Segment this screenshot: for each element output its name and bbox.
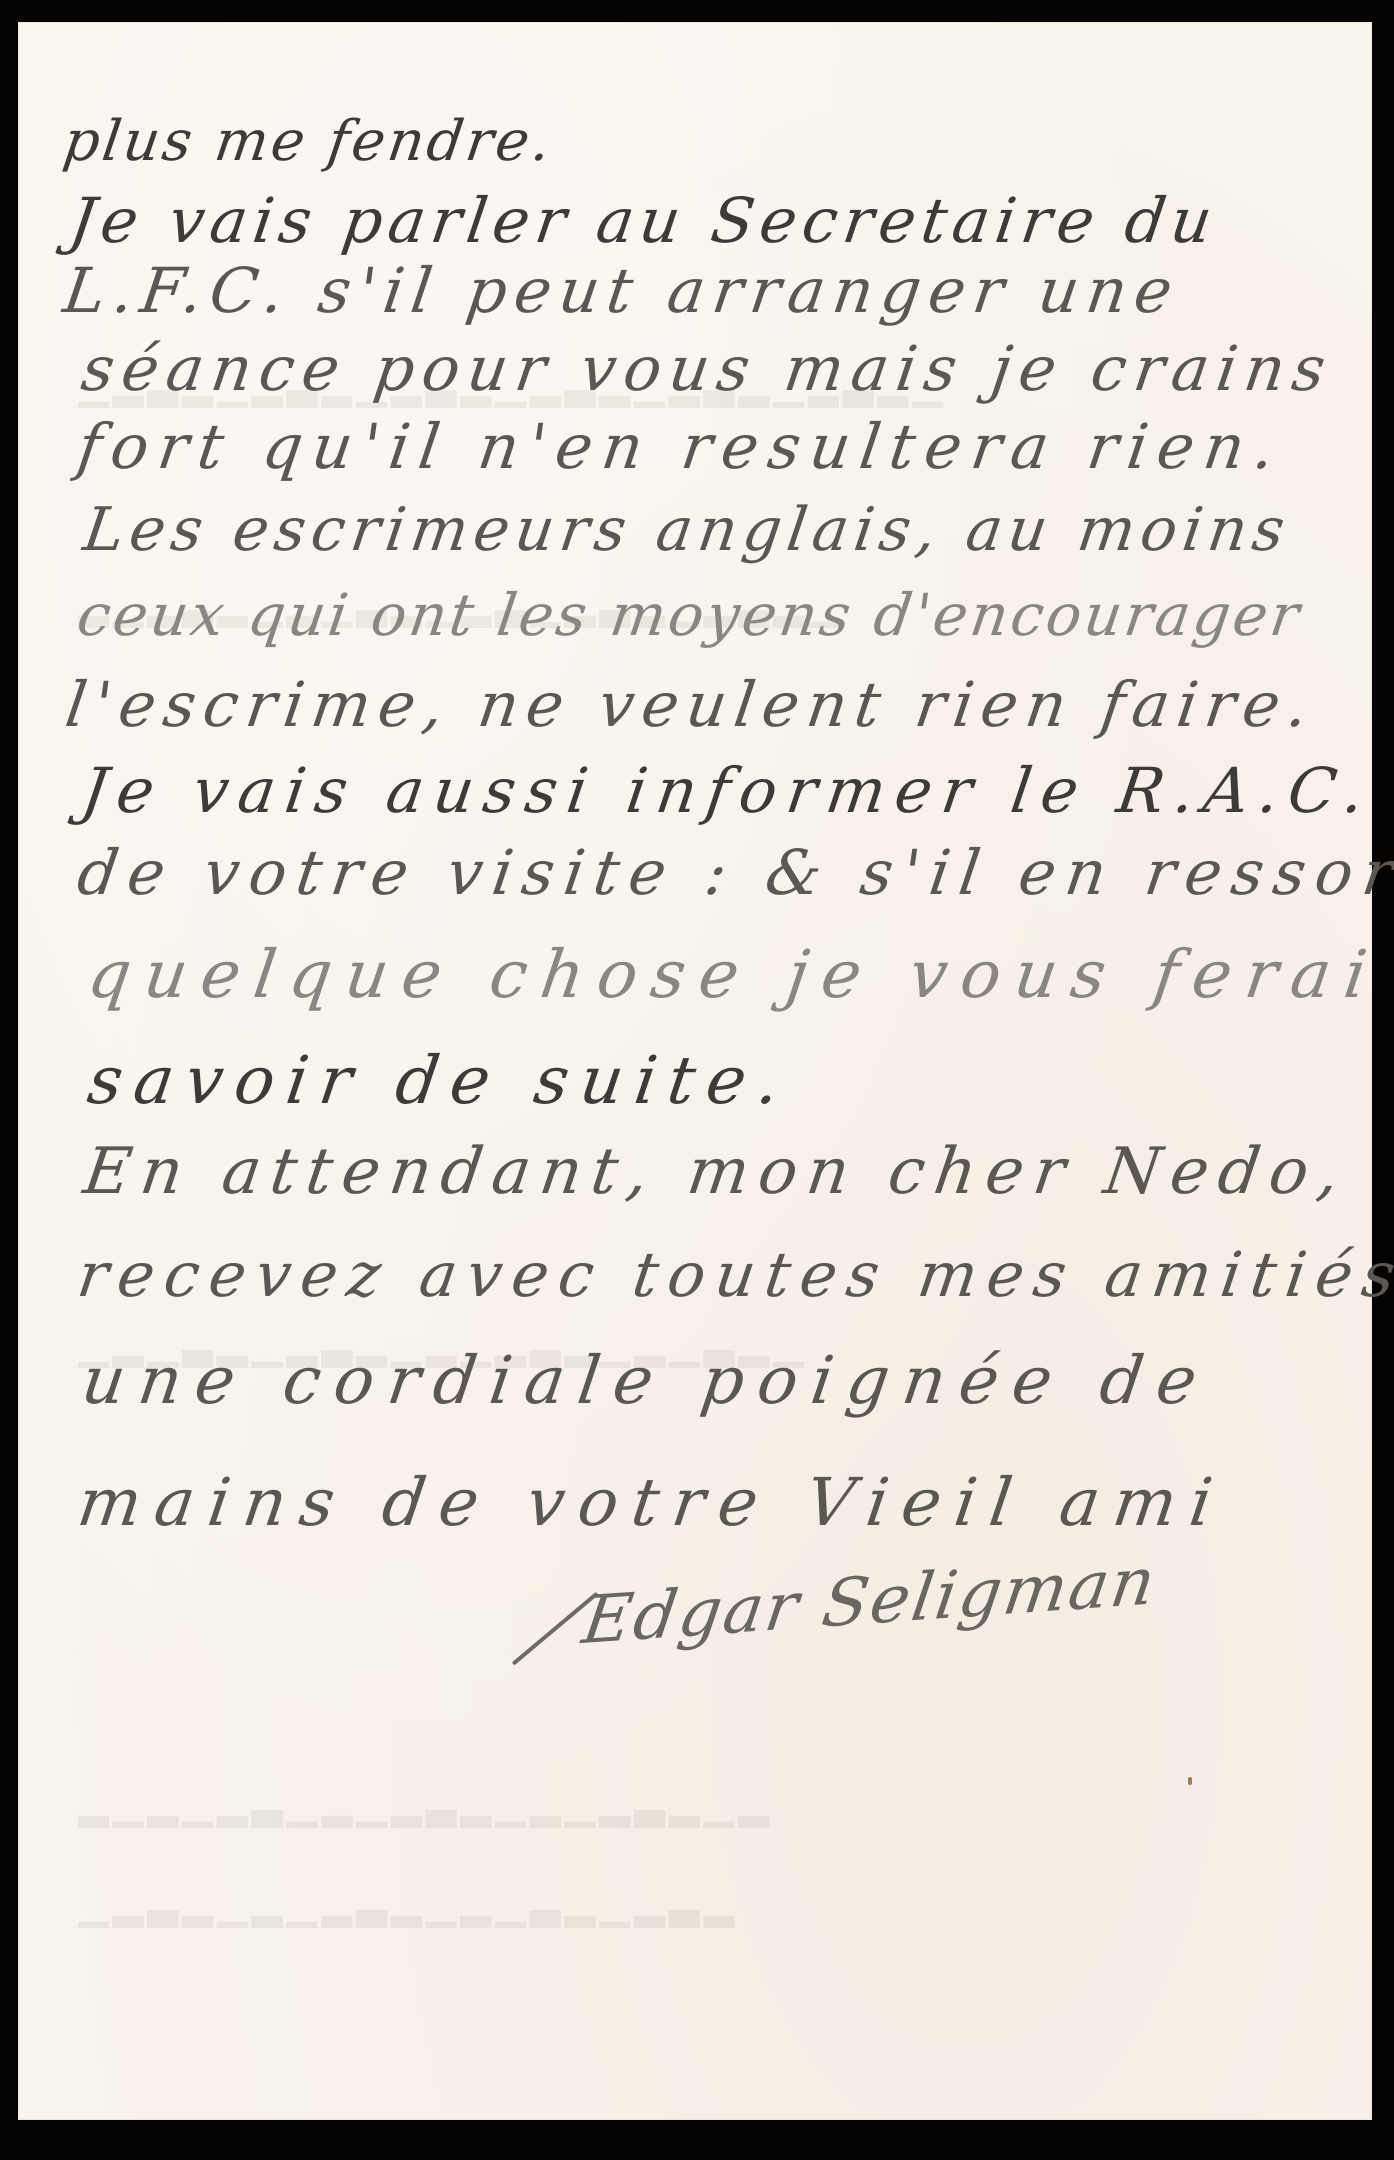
letter-line-2: Je vais parler au Secretaire du xyxy=(66,190,1222,252)
letter-line-10: de votre visite : & s'il en ressort xyxy=(74,842,1394,904)
bleed-through-text: ▂▁▂▁▂▃▁▂▁▂▃▂▁▂▁▂▃▂▁▂ xyxy=(78,1782,1318,1828)
letter-line-4: séance pour vous mais je crains xyxy=(78,338,1337,400)
letter-line-7: ceux qui ont les moyens d'encourager xyxy=(74,586,1306,644)
letter-line-15: une cordiale poignée de xyxy=(78,1348,1215,1414)
letter-line-5: fort qu'il n'en resultera rien. xyxy=(74,416,1288,478)
letter-line-8: l'escrime, ne veulent rien faire. xyxy=(62,674,1320,736)
letter-line-14: recevez avec toutes mes amitiés xyxy=(74,1244,1394,1306)
letter-line-3: L.F.C. s'il peut arranger une xyxy=(60,260,1184,322)
letter-line-16: mains de votre Vieil ami xyxy=(74,1470,1230,1536)
letter-line-6: Les escrimeurs anglais, au moins xyxy=(80,500,1294,560)
letter-line-12: savoir de suite. xyxy=(84,1048,795,1114)
letter-line-9: Je vais aussi informer le R.A.C. xyxy=(78,760,1378,822)
bleed-through-text: ▁▂▃▂▁▂▁▂▃▂▁▂▁▃▂▁▂▃▂ xyxy=(78,1882,1318,1928)
letter-line-11: quelque chose je vous ferai xyxy=(84,942,1384,1008)
letter-line-13: En attendant, mon cher Nedo, xyxy=(80,1140,1353,1204)
letter-line-1: plus me fendre. xyxy=(60,114,557,170)
paper-speck xyxy=(1188,1777,1192,1785)
letter-page: ▁▂▃▂▁▂▃▂▁▂▃▂▁▂▃▂▁▂▃▂▁▂▃▂▁ ▂▁▂▃▂▁▂▁▃▂▁▂▃▁… xyxy=(18,22,1372,2120)
signature: Edgar Seligman xyxy=(578,1543,1162,1659)
